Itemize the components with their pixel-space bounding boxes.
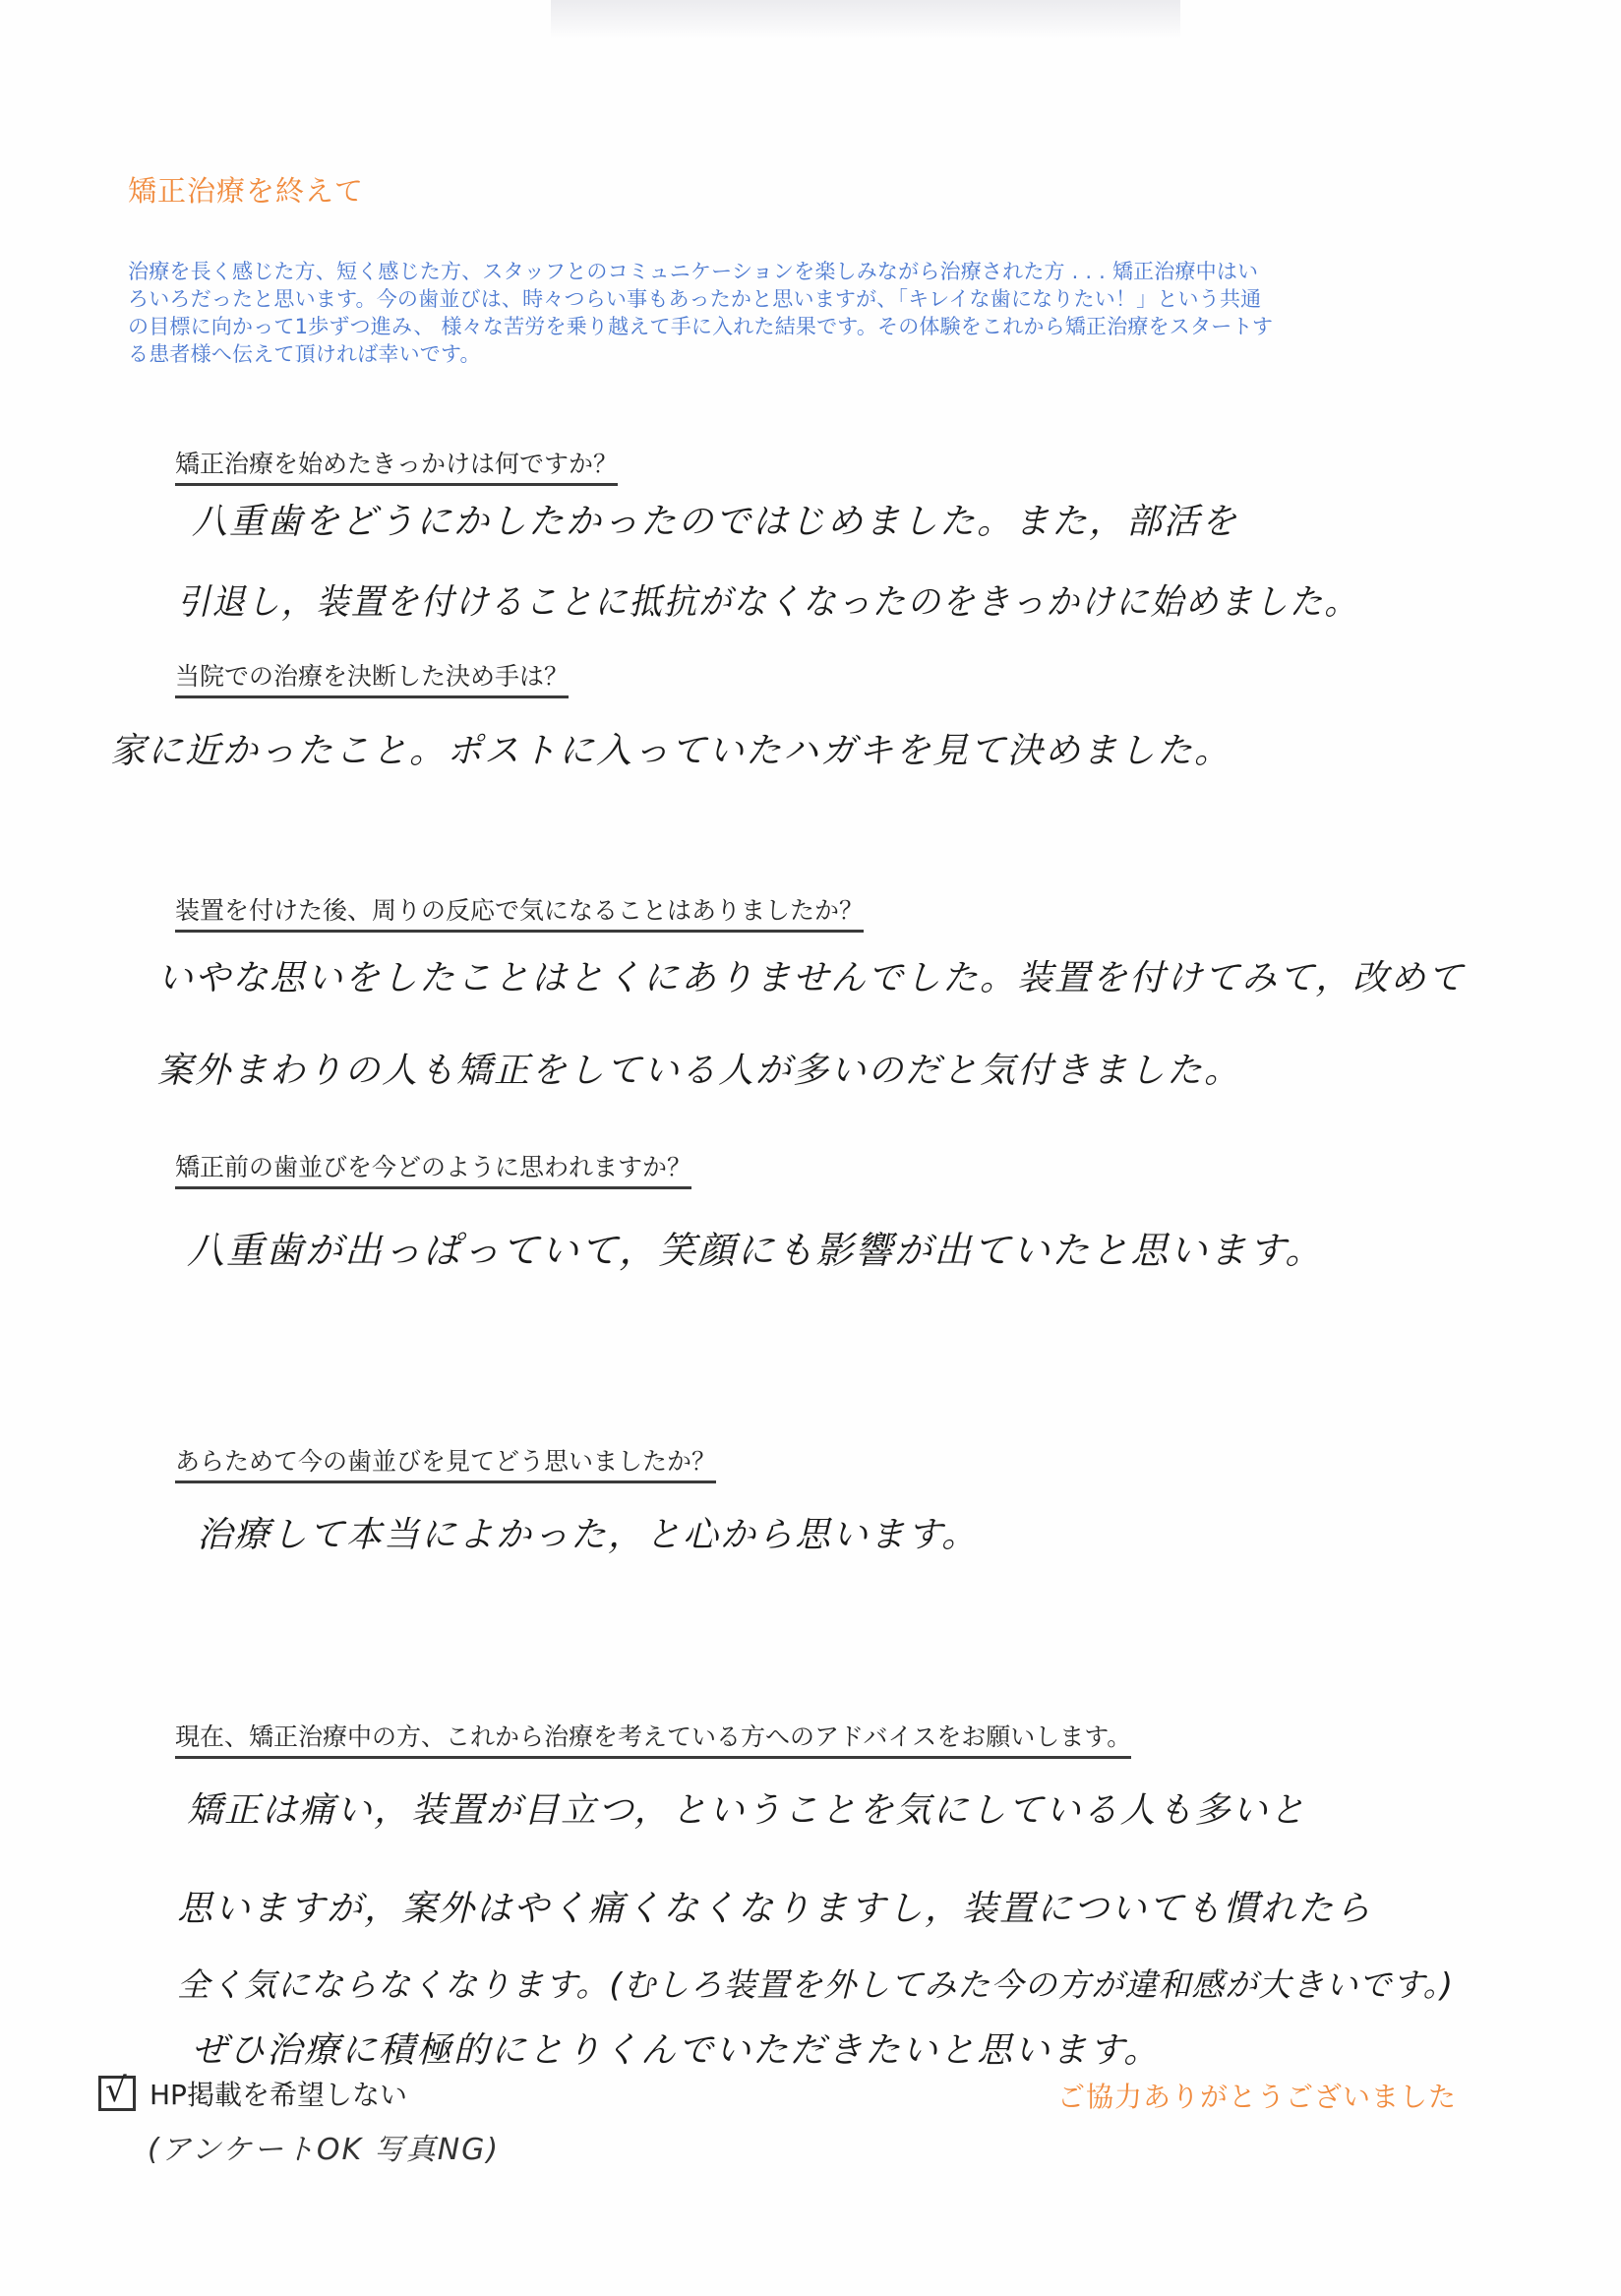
question-heading-3: 装置を付けた後、周りの反応で気になることはありましたか？	[175, 891, 864, 933]
hp-consent-row: √ HP掲載を希望しない	[98, 2074, 407, 2113]
question-heading-6: 現在、矯正治療中の方、これから治療を考えている方へのアドバイスをお願いします。	[175, 1718, 1131, 1759]
question-heading-1: 矯正治療を始めたきっかけは何ですか？	[175, 445, 618, 486]
question-heading-2: 当院での治療を決断した決め手は？	[175, 657, 569, 698]
check-mark-icon: √	[105, 2073, 127, 2108]
question-heading-5: あらためて今の歯並びを見てどう思いましたか？	[175, 1442, 716, 1483]
hp-consent-label: HP掲載を希望しない	[150, 2074, 407, 2113]
answer-1-line-2: 引退し，装置を付けることに抵抗がなくなったのをきっかけに始めました。	[177, 574, 1359, 625]
document-title: 矯正治療を終えて	[128, 169, 364, 210]
answer-1-line-1: 八重歯をどうにかしたかったのではじめました。また，部活を	[192, 494, 1238, 544]
scan-artifact	[551, 0, 1180, 39]
answer-6-line-1: 矯正は痛い，装置が目立つ，ということを気にしている人も多いと	[187, 1782, 1307, 1833]
answer-5-line-1: 治療して本当によかった，と心から思います。	[197, 1507, 979, 1557]
hp-consent-checkbox[interactable]: √	[98, 2076, 136, 2111]
answer-2-line-1: 家に近かったこと。ポストに入っていたハガキを見て決めました。	[110, 723, 1231, 773]
intro-line: の目標に向かって1歩ずつ進み、 様々な苦労を乗り越えて手に入れた結果です。その体…	[128, 313, 1485, 340]
intro-line: ろいろだったと思います。今の歯並びは、時々つらい事もあったかと思いますが、「キレ…	[128, 285, 1485, 313]
thanks-message: ご協力ありがとうございました	[1057, 2076, 1457, 2115]
answer-6-line-4: ぜひ治療に積極的にとりくんでいただきたいと思います。	[192, 2023, 1161, 2073]
answer-6-line-2: 思いますが，案外はやく痛くなくなりますし，装置についても慣れたら	[177, 1881, 1372, 1931]
answer-3-line-1: いやな思いをしたことはとくにありませんでした。装置を付けてみて，改めて	[157, 950, 1465, 1000]
question-heading-4: 矯正前の歯並びを今どのように思われますか？	[175, 1148, 691, 1189]
intro-line: る患者様へ伝えて頂ければ幸いです。	[128, 340, 1485, 368]
hp-consent-note: (アンケートOK 写真NG)	[148, 2125, 500, 2168]
answer-3-line-2: 案外まわりの人も矯正をしている人が多いのだと気付きました。	[157, 1043, 1241, 1093]
intro-paragraph: 治療を長く感じた方、短く感じた方、スタッフとのコミュニケーションを楽しみながら治…	[128, 258, 1485, 368]
answer-6-line-3: 全く気にならなくなります。(むしろ装置を外してみた今の方が違和感が大きいです。)	[177, 1960, 1454, 2006]
answer-4-line-1: 八重歯が出っぱっていて，笑顔にも影響が出ていたと思います。	[187, 1220, 1324, 1274]
questionnaire-page: 矯正治療を終えて 治療を長く感じた方、短く感じた方、スタッフとのコミュニケーショ…	[0, 0, 1621, 2296]
intro-line: 治療を長く感じた方、短く感じた方、スタッフとのコミュニケーションを楽しみながら治…	[128, 258, 1485, 285]
